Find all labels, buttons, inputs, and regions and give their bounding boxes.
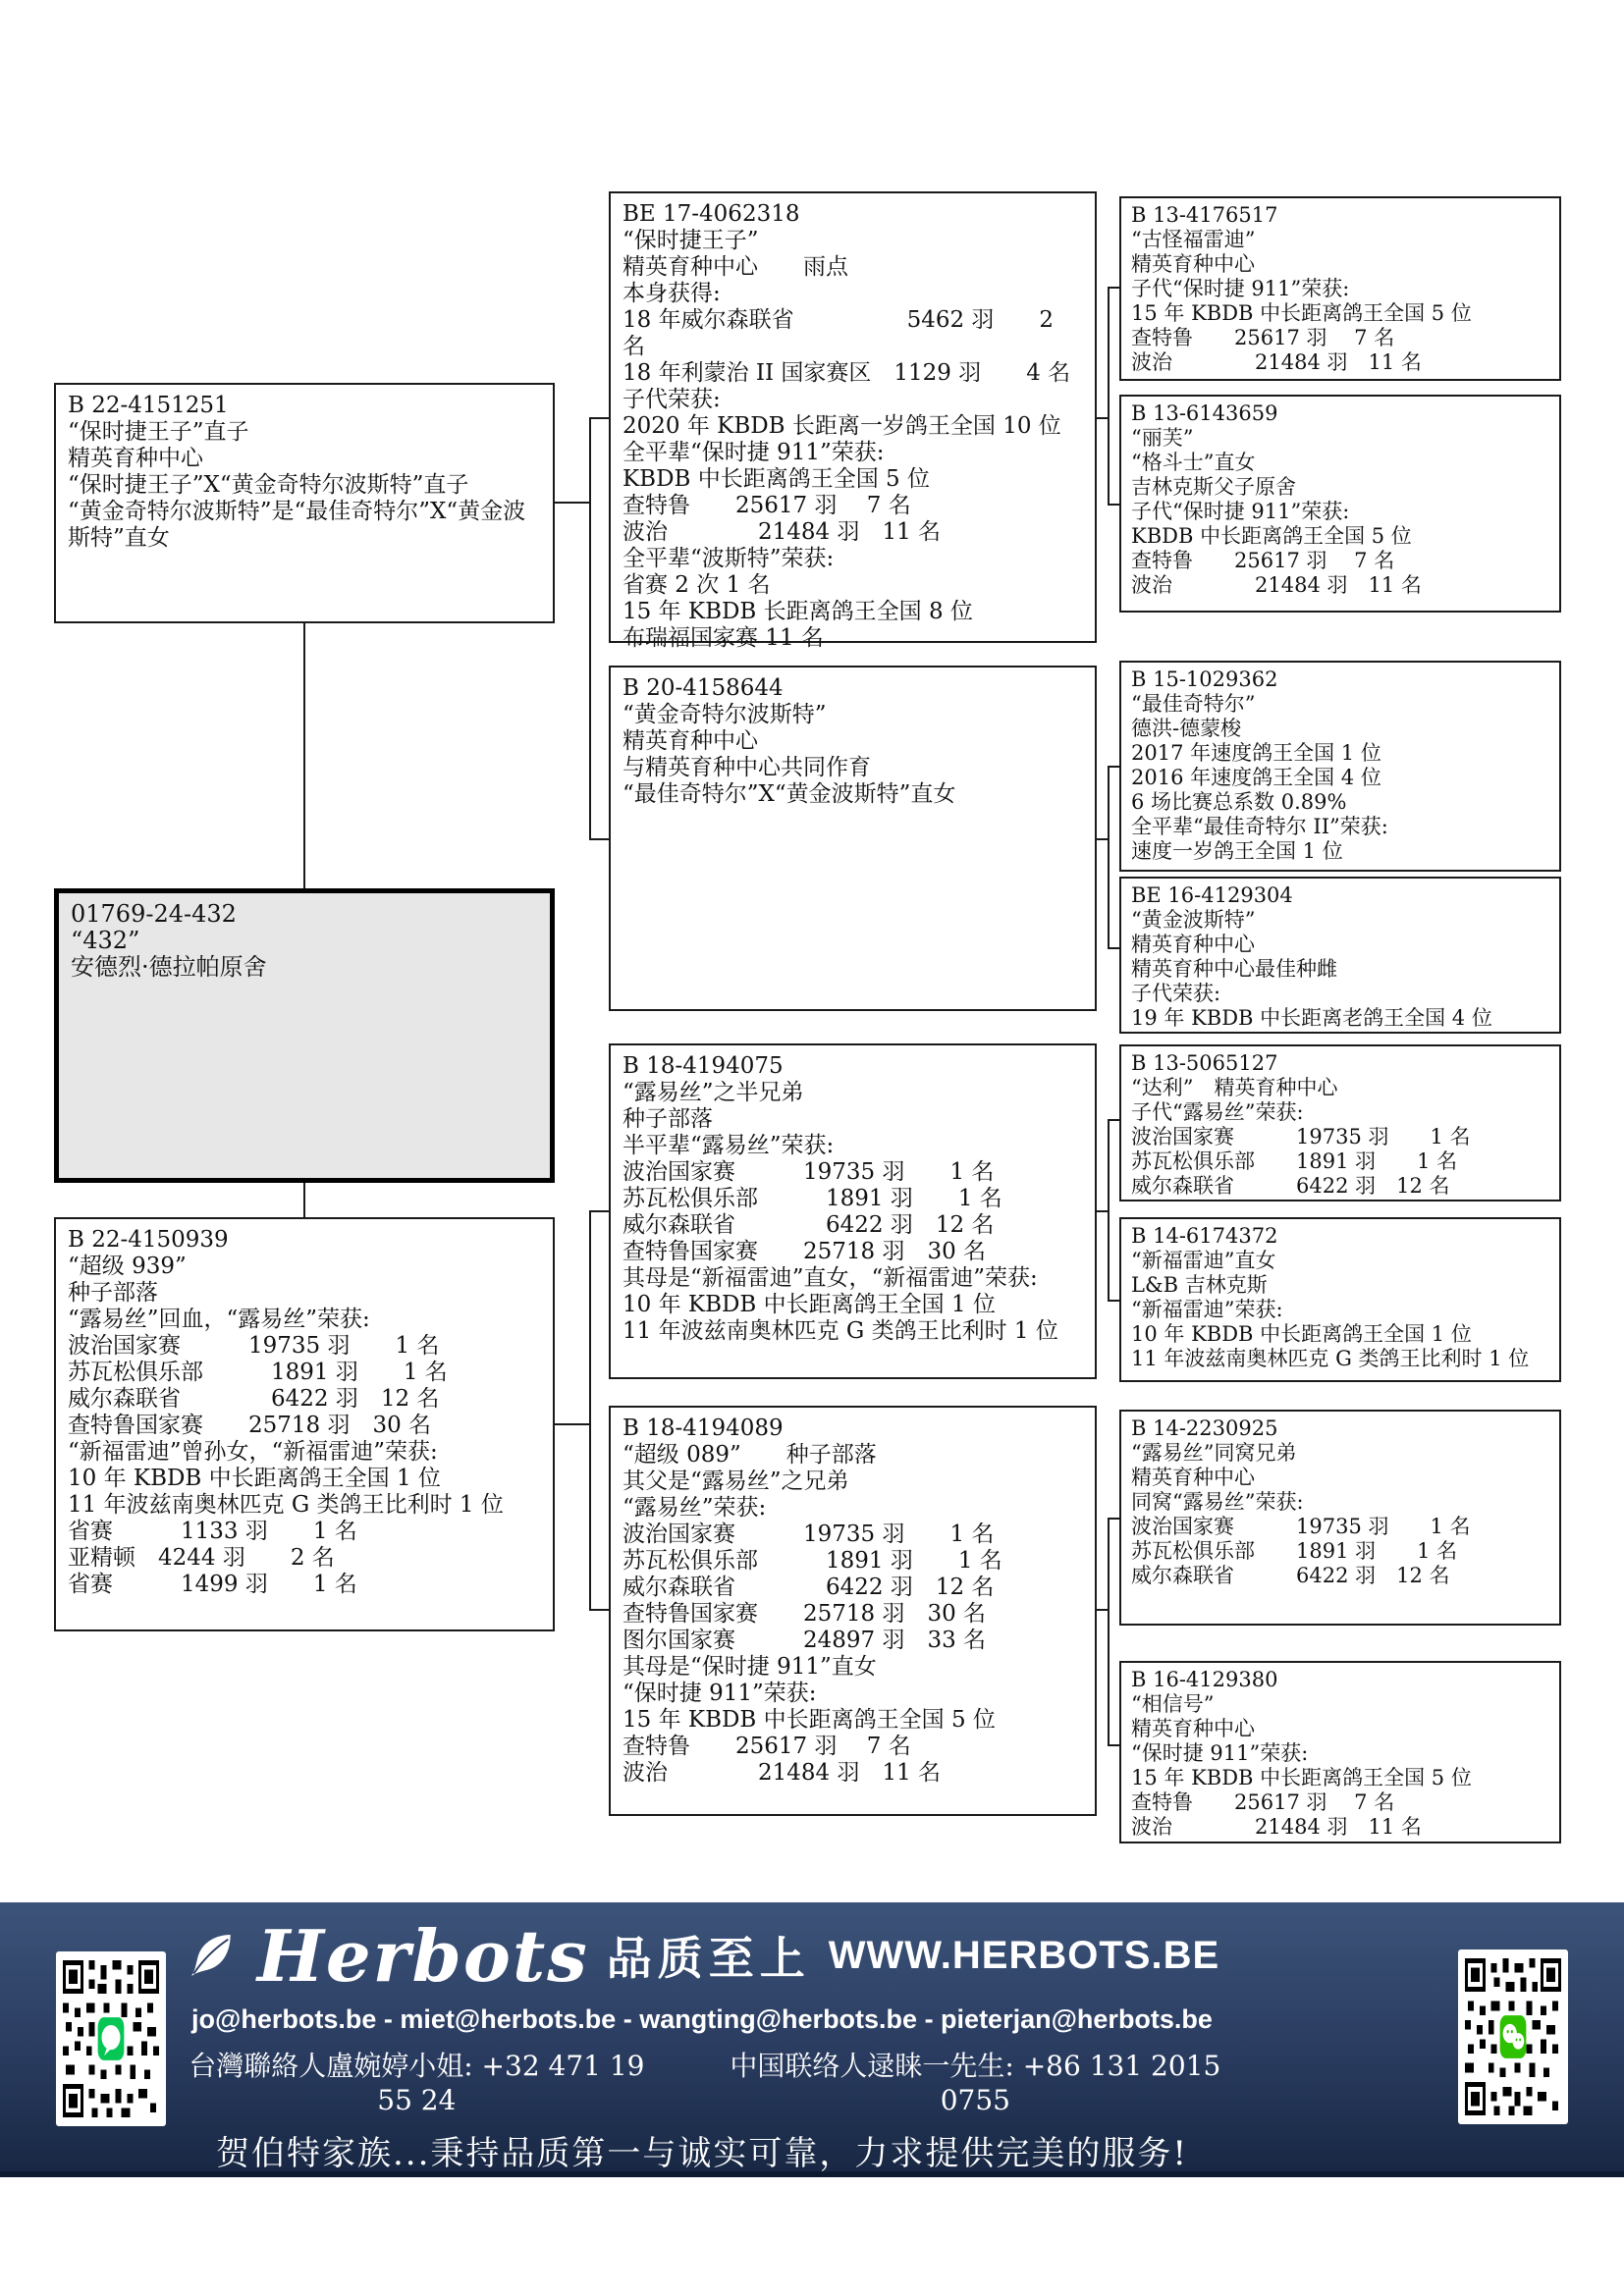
box-line: 10 年 KBDB 中长距离鸽王全国 1 位 (623, 1292, 1083, 1318)
qr-pattern-right (1465, 1958, 1561, 2115)
box-line: 精英育种中心 (623, 728, 1083, 755)
box-line: 查特鲁 25617 羽 7 名 (1131, 1790, 1549, 1815)
box-line: “黄金波斯特” (1131, 908, 1549, 933)
connector-line (1097, 1609, 1108, 1611)
box-line: 精英育种中心最佳种雌 (1131, 957, 1549, 982)
qr-pattern-left (63, 1960, 159, 2117)
box-line: “达利” 精英育种中心 (1131, 1076, 1549, 1100)
box-line: 精英育种中心 (1131, 933, 1549, 957)
box-line: “保时捷 911”荣获: (1131, 1741, 1549, 1766)
pedigree-box-sire-mother: B 20-4158644“黄金奇特尔波斯特”精英育种中心与精英育种中心共同作育“… (609, 666, 1097, 1011)
box-line: “新福雷迪”曾孙女，“新福雷迪”荣获: (68, 1439, 541, 1466)
connector-line (589, 1609, 609, 1611)
box-line: 苏瓦松俱乐部 1891 羽 1 名 (1131, 1149, 1549, 1174)
box-line: “新福雷迪”荣获: (1131, 1298, 1549, 1322)
box-line: 图尔国家赛 24897 羽 33 名 (623, 1628, 1083, 1654)
box-line: “最佳奇特尔” (1131, 692, 1549, 717)
box-line: 精英育种中心 (1131, 1466, 1549, 1490)
connector-line (1108, 766, 1110, 949)
box-line: 全平辈“保时捷 911”荣获: (623, 440, 1083, 466)
box-line: 苏瓦松俱乐部 1891 羽 1 名 (623, 1548, 1083, 1575)
box-line: 查特鲁国家赛 25718 羽 30 名 (68, 1413, 541, 1439)
box-line: KBDB 中长距离鸽王全国 5 位 (623, 466, 1083, 493)
pedigree-box-sire: B 22-4151251“保时捷王子”直子精英育种中心“保时捷王子”X“黄金奇特… (54, 383, 555, 623)
box-line: 精英育种中心 (68, 446, 541, 472)
box-line: 种子部落 (68, 1280, 541, 1307)
box-line: 11 年波兹南奥林匹克 G 类鸽王比利时 1 位 (68, 1492, 541, 1519)
pedigree-box-sf-mother: B 13-6143659“丽芙”“格斗士”直女吉林克斯父子原舍子代“保时捷 91… (1119, 395, 1561, 613)
pedigree-box-subject: 01769-24-432“432”安德烈·德拉帕原舍 (54, 888, 555, 1183)
box-line: B 22-4151251 (68, 393, 541, 419)
pedigree-box-sm-mother: BE 16-4129304“黄金波斯特”精英育种中心精英育种中心最佳种雌子代荣获… (1119, 877, 1561, 1034)
box-line: 2016 年速度鸽王全国 4 位 (1131, 766, 1549, 790)
connector-line (589, 838, 609, 840)
connector-line (1108, 947, 1119, 949)
box-line: 子代荣获: (1131, 982, 1549, 1006)
box-line: 省赛 1499 羽 1 名 (68, 1572, 541, 1598)
box-line: “露易丝”荣获: (623, 1495, 1083, 1522)
box-line: “最佳奇特尔”X“黄金波斯特”直女 (623, 781, 1083, 808)
box-line: 吉林克斯父子原舍 (1131, 475, 1549, 500)
connector-line (555, 502, 589, 504)
box-line: “保时捷王子”直子 (68, 419, 541, 446)
box-line: 10 年 KBDB 中长距离鸽王全国 1 位 (1131, 1322, 1549, 1347)
box-line: “丽芙” (1131, 426, 1549, 451)
connector-line (1108, 1744, 1119, 1746)
box-line: 本身获得: (623, 281, 1083, 307)
box-line: “超级 089” 种子部落 (623, 1442, 1083, 1468)
box-line: 波治国家赛 19735 羽 1 名 (623, 1522, 1083, 1548)
connector-line (1108, 1518, 1119, 1520)
box-line: B 14-2230925 (1131, 1416, 1549, 1441)
box-line: 波治国家赛 19735 羽 1 名 (1131, 1515, 1549, 1539)
connector-line (1108, 766, 1119, 768)
footer-tagline: 贺伯特家族...秉持品质第一与诚实可靠，力求提供完美的服务! (167, 2126, 1237, 2174)
box-line: B 13-4176517 (1131, 203, 1549, 228)
pedigree-box-dm-mother: B 16-4129380“相信号”精英育种中心“保时捷 911”荣获:15 年 … (1119, 1661, 1561, 1843)
brand-row: Herbots 品质至上 WWW.HERBOTS.BE (167, 1914, 1237, 1997)
box-line: “相信号” (1131, 1692, 1549, 1717)
connector-line (1108, 504, 1119, 506)
box-line: “露易丝”同窝兄弟 (1131, 1441, 1549, 1466)
box-line: 威尔森联省 6422 羽 12 名 (623, 1575, 1083, 1601)
box-line: 与精英育种中心共同作育 (623, 755, 1083, 781)
box-line: 其母是“保时捷 911”直女 (623, 1654, 1083, 1681)
box-line: 查特鲁国家赛 25718 羽 30 名 (623, 1601, 1083, 1628)
box-line: “432” (71, 928, 538, 954)
box-line: 全平辈“最佳奇特尔 II”荣获: (1131, 815, 1549, 839)
box-line: 苏瓦松俱乐部 1891 羽 1 名 (68, 1360, 541, 1386)
box-line: 种子部落 (623, 1106, 1083, 1133)
box-line: 其父是“露易丝”之兄弟 (623, 1468, 1083, 1495)
box-line: 15 年 KBDB 长距离鸽王全国 8 位 (623, 599, 1083, 625)
box-line: B 15-1029362 (1131, 667, 1549, 692)
box-line: 19 年 KBDB 中长距离老鸽王全国 4 位 (1131, 1006, 1549, 1031)
box-line: 查特鲁 25617 羽 7 名 (623, 493, 1083, 519)
box-line: BE 16-4129304 (1131, 883, 1549, 908)
connector-line (1108, 1119, 1119, 1121)
box-line: 省赛 2 次 1 名 (623, 572, 1083, 599)
box-line: B 22-4150939 (68, 1227, 541, 1254)
box-line: 2017 年速度鸽王全国 1 位 (1131, 741, 1549, 766)
box-line: 威尔森联省 6422 羽 12 名 (1131, 1564, 1549, 1588)
feather-icon (185, 1928, 240, 1983)
brand-name: Herbots (257, 1914, 589, 1998)
contact-china: 中国联络人逯睐一先生: +86 131 2015 0755 (714, 2045, 1237, 2116)
box-line: 波治 21484 羽 11 名 (1131, 350, 1549, 375)
pedigree-box-sire-father: BE 17-4062318“保时捷王子”精英育种中心 雨点本身获得:18 年威尔… (609, 191, 1097, 643)
box-line: B 16-4129380 (1131, 1668, 1549, 1692)
box-line: 6 场比赛总系数 0.89% (1131, 790, 1549, 815)
box-line: “保时捷 911”荣获: (623, 1681, 1083, 1707)
box-line: 亚精顿 4244 羽 2 名 (68, 1545, 541, 1572)
box-line: 同窝“露易丝”荣获: (1131, 1490, 1549, 1515)
box-line: 15 年 KBDB 中长距离鸽王全国 5 位 (1131, 301, 1549, 326)
box-line: 威尔森联省 6422 羽 12 名 (68, 1386, 541, 1413)
box-line: 子代“保时捷 911”荣获: (1131, 500, 1549, 524)
wechat-qr-code (1458, 1949, 1568, 2124)
box-line: 波治国家赛 19735 羽 1 名 (68, 1333, 541, 1360)
connector-line (555, 1423, 589, 1425)
footer-text-block: Herbots 品质至上 WWW.HERBOTS.BE jo@herbots.b… (167, 1914, 1237, 2174)
box-line: B 14-6174372 (1131, 1224, 1549, 1249)
box-line: 18 年利蒙治 II 国家赛区 1129 羽 4 名 (623, 360, 1083, 387)
box-line: B 18-4194075 (623, 1053, 1083, 1080)
box-line: 其母是“新福雷迪”直女，“新福雷迪”荣获: (623, 1265, 1083, 1292)
pedigree-box-dam: B 22-4150939“超级 939”种子部落“露易丝”回血，“露易丝”荣获:… (54, 1217, 555, 1631)
box-line: L&B 吉林克斯 (1131, 1273, 1549, 1298)
box-line: 15 年 KBDB 中长距离鸽王全国 5 位 (1131, 1766, 1549, 1790)
email-list: jo@herbots.be - miet@herbots.be - wangti… (167, 2004, 1237, 2035)
box-line: “露易丝”之半兄弟 (623, 1080, 1083, 1106)
pedigree-page: 01769-24-432“432”安德烈·德拉帕原舍 B 22-4151251“… (0, 0, 1624, 2296)
box-line: BE 17-4062318 (623, 201, 1083, 228)
box-line: 精英育种中心 (1131, 252, 1549, 277)
connector-line (589, 1210, 591, 1611)
box-line: 波治 21484 羽 11 名 (1131, 1815, 1549, 1840)
box-line: 子代“露易丝”荣获: (1131, 1100, 1549, 1125)
box-line: 德洪-德蒙梭 (1131, 717, 1549, 741)
box-line: 查特鲁国家赛 25718 羽 30 名 (623, 1239, 1083, 1265)
box-line: 波治 21484 羽 11 名 (623, 519, 1083, 546)
connector-line (1108, 1300, 1119, 1302)
box-line: B 18-4194089 (623, 1415, 1083, 1442)
box-line: “露易丝”回血，“露易丝”荣获: (68, 1307, 541, 1333)
connector-line (303, 623, 305, 888)
box-line: 波治 21484 羽 11 名 (1131, 573, 1549, 598)
box-line: 15 年 KBDB 中长距离鸽王全国 5 位 (623, 1707, 1083, 1734)
box-line: “格斗士”直女 (1131, 451, 1549, 475)
connector-line (1097, 1210, 1108, 1212)
box-line: 全平辈“波斯特”荣获: (623, 546, 1083, 572)
pedigree-box-df-mother: B 14-6174372“新福雷迪”直女L&B 吉林克斯“新福雷迪”荣获:10 … (1119, 1217, 1561, 1382)
box-line: 安德烈·德拉帕原舍 (71, 954, 538, 981)
box-line: B 20-4158644 (623, 675, 1083, 702)
box-line: 速度一岁鸽王全国 1 位 (1131, 839, 1549, 864)
footer-banner: Herbots 品质至上 WWW.HERBOTS.BE jo@herbots.b… (0, 1902, 1624, 2177)
pedigree-box-dam-mother: B 18-4194089“超级 089” 种子部落其父是“露易丝”之兄弟“露易丝… (609, 1406, 1097, 1816)
box-line: 10 年 KBDB 中长距离鸽王全国 1 位 (68, 1466, 541, 1492)
box-line: 精英育种中心 (1131, 1717, 1549, 1741)
connector-line (589, 417, 609, 419)
box-line: 波治国家赛 19735 羽 1 名 (1131, 1125, 1549, 1149)
box-line: “新福雷迪”直女 (1131, 1249, 1549, 1273)
connector-line (1108, 1518, 1110, 1746)
box-line: 威尔森联省 6422 羽 12 名 (623, 1212, 1083, 1239)
box-line: “保时捷王子” (623, 228, 1083, 254)
box-line: 子代“保时捷 911”荣获: (1131, 277, 1549, 301)
pedigree-box-sf-father: B 13-4176517“古怪福雷迪”精英育种中心子代“保时捷 911”荣获:1… (1119, 196, 1561, 381)
box-line: 01769-24-432 (71, 901, 538, 928)
connector-line (1097, 838, 1108, 840)
box-line: 子代荣获: (623, 387, 1083, 413)
box-line: 11 年波兹南奥林匹克 G 类鸽王比利时 1 位 (1131, 1347, 1549, 1371)
box-line: 省赛 1133 羽 1 名 (68, 1519, 541, 1545)
box-line: 半平辈“露易丝”荣获: (623, 1133, 1083, 1159)
box-line: 精英育种中心 雨点 (623, 254, 1083, 281)
connector-line (1108, 287, 1110, 506)
box-line: 威尔森联省 6422 羽 12 名 (1131, 1174, 1549, 1199)
box-line: KBDB 中长距离鸽王全国 5 位 (1131, 524, 1549, 549)
pedigree-box-df-father: B 13-5065127“达利” 精英育种中心子代“露易丝”荣获:波治国家赛 1… (1119, 1044, 1561, 1201)
box-line: 波治国家赛 19735 羽 1 名 (623, 1159, 1083, 1186)
pedigree-box-sm-father: B 15-1029362“最佳奇特尔”德洪-德蒙梭2017 年速度鸽王全国 1 … (1119, 661, 1561, 872)
website-url: WWW.HERBOTS.BE (829, 1934, 1219, 1978)
pedigree-box-dam-father: B 18-4194075“露易丝”之半兄弟种子部落半平辈“露易丝”荣获:波治国家… (609, 1043, 1097, 1379)
box-line: B 13-6143659 (1131, 401, 1549, 426)
connector-line (589, 1210, 609, 1212)
contact-row: 台灣聯絡人盧婉婷小姐: +32 471 19 55 24 中国联络人逯睐一先生:… (167, 2045, 1237, 2116)
box-line: 2020 年 KBDB 长距离一岁鸽王全国 10 位 (623, 413, 1083, 440)
connector-line (1108, 1119, 1110, 1302)
connector-line (303, 1183, 305, 1217)
box-line: 苏瓦松俱乐部 1891 羽 1 名 (623, 1186, 1083, 1212)
box-line: “古怪福雷迪” (1131, 228, 1549, 252)
connector-line (1097, 417, 1108, 419)
box-line: 布瑞福国家赛 11 名 (623, 625, 1083, 652)
contact-taiwan: 台灣聯絡人盧婉婷小姐: +32 471 19 55 24 (167, 2045, 667, 2116)
connector-line (589, 417, 591, 840)
brand-slogan: 品质至上 (607, 1923, 811, 1988)
box-line: 查特鲁 25617 羽 7 名 (623, 1734, 1083, 1760)
box-line: 苏瓦松俱乐部 1891 羽 1 名 (1131, 1539, 1549, 1564)
box-line: “黄金奇特尔波斯特” (623, 702, 1083, 728)
box-line: “超级 939” (68, 1254, 541, 1280)
pedigree-box-dm-father: B 14-2230925“露易丝”同窝兄弟精英育种中心同窝“露易丝”荣获:波治国… (1119, 1410, 1561, 1626)
box-line: 波治 21484 羽 11 名 (623, 1760, 1083, 1787)
connector-line (1108, 287, 1119, 289)
box-line: 11 年波兹南奥林匹克 G 类鸽王比利时 1 位 (623, 1318, 1083, 1345)
line-qr-code (56, 1951, 166, 2126)
box-line: 18 年威尔森联省 5462 羽 2 名 (623, 307, 1083, 360)
box-line: “黄金奇特尔波斯特”是“最佳奇特尔”X“黄金波斯特”直女 (68, 499, 541, 552)
box-line: “保时捷王子”X“黄金奇特尔波斯特”直子 (68, 472, 541, 499)
box-line: 查特鲁 25617 羽 7 名 (1131, 549, 1549, 573)
box-line: B 13-5065127 (1131, 1051, 1549, 1076)
box-line: 查特鲁 25617 羽 7 名 (1131, 326, 1549, 350)
